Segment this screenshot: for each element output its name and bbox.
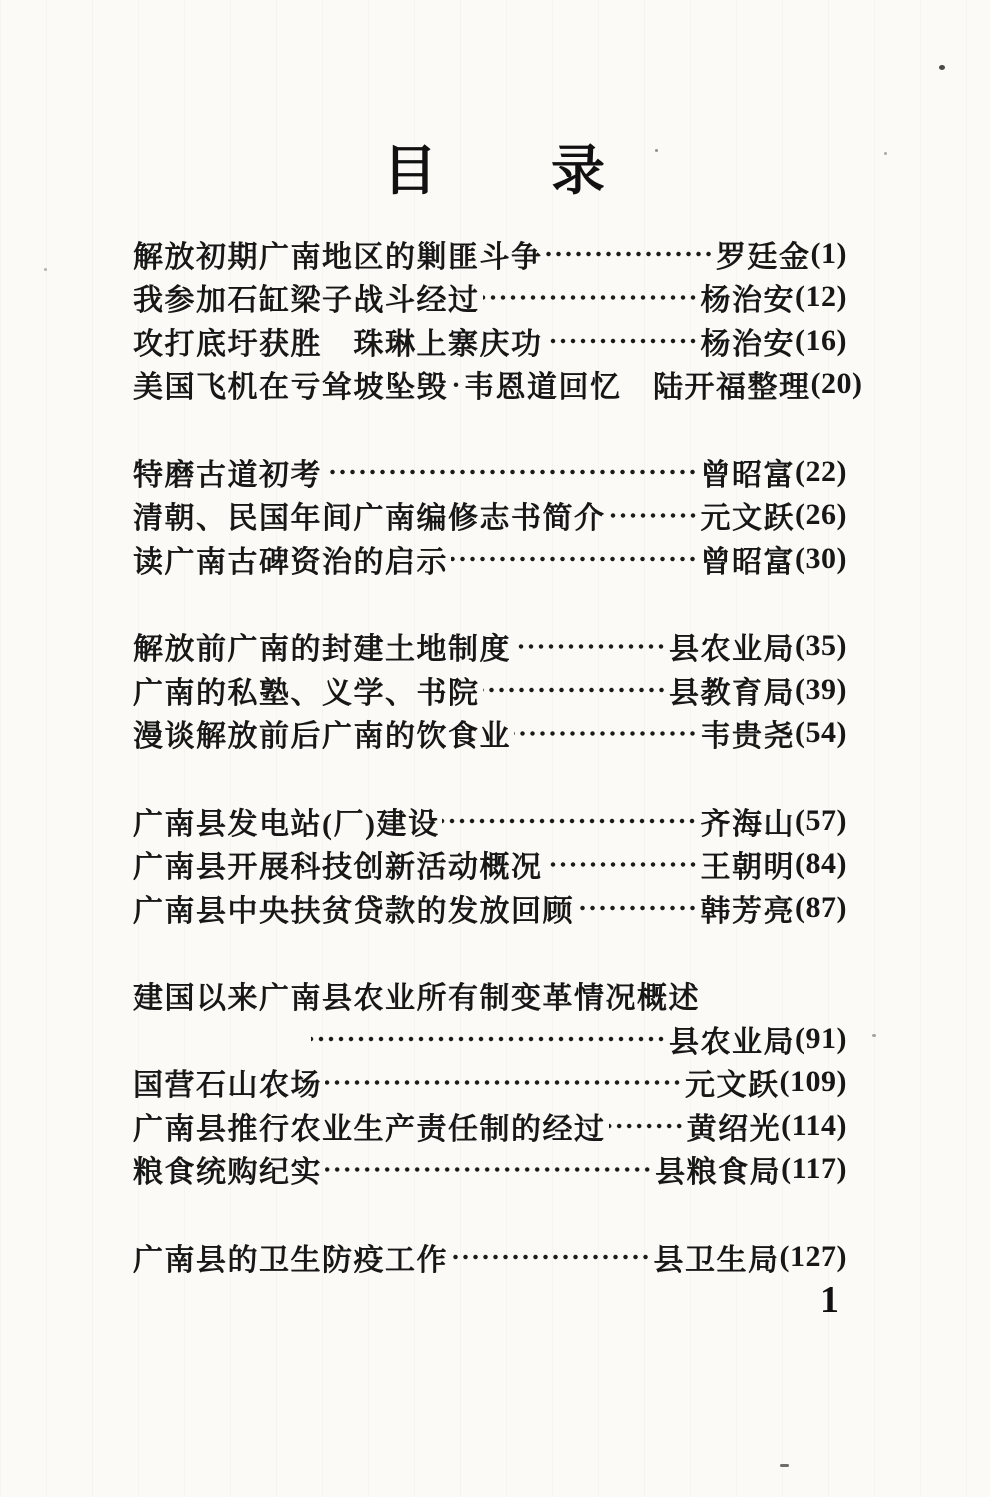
entry-page-number: (39) (795, 673, 847, 707)
toc-entry: 广南县中央扶贫贷款的发放回顾韩芳亮(87) (133, 886, 847, 930)
dot-leader (451, 1235, 651, 1279)
entry-author: 元文跃 (685, 1060, 780, 1104)
entry-page-number: (117) (781, 1152, 847, 1186)
toc-entry: 清朝、民国年间广南编修志书简介元文跃(26) (133, 494, 847, 538)
entry-page-number: (22) (795, 455, 847, 489)
entry-page-number: (35) (795, 629, 847, 663)
dot-leader (514, 712, 698, 756)
entry-author: 县教育局 (669, 668, 795, 712)
toc-section: 特磨古道初考曾昭富(22)清朝、民国年间广南编修志书简介元文跃(26)读广南古碑… (133, 450, 847, 581)
toc-entry: 粮食统购纪实县粮食局(117) (133, 1148, 847, 1192)
entry-author: 曾昭富 (701, 450, 796, 494)
dot-leader (609, 1104, 684, 1148)
entry-page-number: (87) (795, 891, 847, 925)
entry-title: 粮食统购纪实 (133, 1147, 322, 1191)
entry-author: 元文跃 (701, 493, 796, 537)
entry-author: 王朝明 (701, 842, 796, 886)
toc-entry: 攻打底圩获胜 珠琳上寨庆功杨治安(16) (133, 319, 847, 363)
entry-title: 攻打底圩获胜 珠琳上寨庆功 (133, 319, 543, 363)
entry-author: 杨治安 (701, 319, 796, 363)
entry-author: 罗廷金 (716, 232, 811, 276)
entry-page-number: (84) (795, 847, 847, 881)
entry-title: 国营石山农场 (133, 1060, 322, 1104)
entry-title: 清朝、民国年间广南编修志书简介 (133, 493, 606, 537)
dot-leader (546, 319, 698, 363)
toc-section: 解放初期广南地区的剿匪斗争罗廷金(1)我参加石缸梁子战斗经过杨治安(12)攻打底… (133, 232, 847, 406)
entry-title: 漫谈解放前后广南的饮食业 (133, 711, 511, 755)
toc-entry: 读广南古碑资治的启示曾昭富(30) (133, 537, 847, 581)
toc-entry: 美国飞机在亏耸坡坠毁韦恩道回忆 陆开福整理(20) (133, 363, 847, 407)
entry-page-number: (30) (795, 542, 847, 576)
entry-author: 县农业局 (669, 1017, 795, 1061)
toc-entry: 解放前广南的封建土地制度县农业局(35) (133, 625, 847, 669)
entry-author: 黄绍光 (687, 1104, 782, 1148)
toc-section: 广南县的卫生防疫工作县卫生局(127) (133, 1235, 847, 1279)
entry-title: 广南县中央扶贫贷款的发放回顾 (133, 886, 574, 930)
entry-title: 解放初期广南地区的剿匪斗争 (133, 232, 543, 276)
toc-entry: 广南县开展科技创新活动概况王朝明(84) (133, 843, 847, 887)
entry-author: 韦恩道回忆 陆开福整理 (464, 362, 811, 406)
toc-section: 广南县发电站(厂)建设齐海山(57)广南县开展科技创新活动概况王朝明(84)广南… (133, 799, 847, 930)
entry-author: 县农业局 (669, 624, 795, 668)
dot-leader (609, 494, 698, 538)
entry-author: 韩芳亮 (701, 886, 796, 930)
entry-author: 杨治安 (701, 275, 796, 319)
entry-page-number: (109) (780, 1065, 847, 1099)
scan-speck (655, 149, 658, 152)
entry-page-number: (16) (795, 324, 847, 358)
entry-author: 齐海山 (701, 799, 796, 843)
scanned-toc-page: { "document": { "title": "目 录", "page_nu… (0, 0, 990, 1497)
entry-author: 县卫生局 (654, 1235, 780, 1279)
dot-leader (325, 1148, 652, 1192)
entry-page-number: (57) (795, 804, 847, 838)
toc-entry: 建国以来广南县农业所有制变革情况概述 (133, 974, 847, 1018)
entry-title: 广南县发电站(厂)建设 (133, 799, 439, 843)
entry-title: 广南县推行农业生产责任制的经过 (133, 1104, 606, 1148)
scan-speck (780, 1464, 789, 1467)
entry-author: 曾昭富 (701, 537, 796, 581)
entry-title: 建国以来广南县农业所有制变革情况概述 (133, 973, 700, 1017)
toc-entry: 广南的私塾、义学、书院县教育局(39) (133, 668, 847, 712)
dot-leader (514, 625, 666, 669)
entry-title: 广南的私塾、义学、书院 (133, 668, 480, 712)
dot-leader (451, 537, 698, 581)
toc-entry: 我参加石缸梁子战斗经过杨治安(12) (133, 276, 847, 320)
scan-speck (872, 1034, 876, 1037)
dot-leader (483, 276, 698, 320)
dot-leader (546, 232, 714, 276)
toc-section: 解放前广南的封建土地制度县农业局(35)广南的私塾、义学、书院县教育局(39)漫… (133, 625, 847, 756)
entry-page-number: (26) (795, 498, 847, 532)
dot-leader (546, 843, 698, 887)
toc-entry: 广南县发电站(厂)建设齐海山(57) (133, 799, 847, 843)
toc-list: 解放初期广南地区的剿匪斗争罗廷金(1)我参加石缸梁子战斗经过杨治安(12)攻打底… (133, 232, 847, 1279)
entry-title: 广南县开展科技创新活动概况 (133, 842, 543, 886)
toc-entry: 解放初期广南地区的剿匪斗争罗廷金(1) (133, 232, 847, 276)
dot-leader (325, 450, 698, 494)
dot-leader (483, 668, 667, 712)
dot-leader (325, 1061, 682, 1105)
entry-title: 广南县的卫生防疫工作 (133, 1235, 448, 1279)
toc-entry: 广南县的卫生防疫工作县卫生局(127) (133, 1235, 847, 1279)
toc-entry: 漫谈解放前后广南的饮食业韦贵尧(54) (133, 712, 847, 756)
toc-entry: 广南县推行农业生产责任制的经过黄绍光(114) (133, 1104, 847, 1148)
dot-leader (311, 1017, 666, 1061)
toc-entry: 国营石山农场元文跃(109) (133, 1061, 847, 1105)
toc-entry: 特磨古道初考曾昭富(22) (133, 450, 847, 494)
entry-page-number: (91) (795, 1022, 847, 1056)
entry-title: 解放前广南的封建土地制度 (133, 624, 511, 668)
entry-page-number: (12) (795, 280, 847, 314)
entry-page-number: (54) (795, 716, 847, 750)
dot-leader (577, 886, 698, 930)
entry-author: 县粮食局 (655, 1147, 781, 1191)
scan-speck (884, 152, 887, 155)
dot-leader (442, 799, 697, 843)
page-title: 目 录 (0, 128, 990, 205)
entry-page-number: (20) (811, 367, 863, 401)
toc-section: 建国以来广南县农业所有制变革情况概述县农业局(91)国营石山农场元文跃(109)… (133, 974, 847, 1192)
entry-page-number: (127) (780, 1240, 847, 1274)
toc-entry-continuation: 县农业局(91) (133, 1017, 847, 1061)
entry-page-number: (1) (811, 237, 847, 271)
entry-title: 美国飞机在亏耸坡坠毁 (133, 362, 448, 406)
entry-title: 读广南古碑资治的启示 (133, 537, 448, 581)
scan-speck (939, 65, 945, 70)
scan-speck (44, 268, 47, 271)
entry-title: 我参加石缸梁子战斗经过 (133, 275, 480, 319)
dot-leader (451, 363, 461, 407)
entry-author: 韦贵尧 (701, 711, 796, 755)
entry-title: 特磨古道初考 (133, 450, 322, 494)
entry-page-number: (114) (781, 1109, 847, 1143)
page-number: 1 (820, 1278, 839, 1322)
